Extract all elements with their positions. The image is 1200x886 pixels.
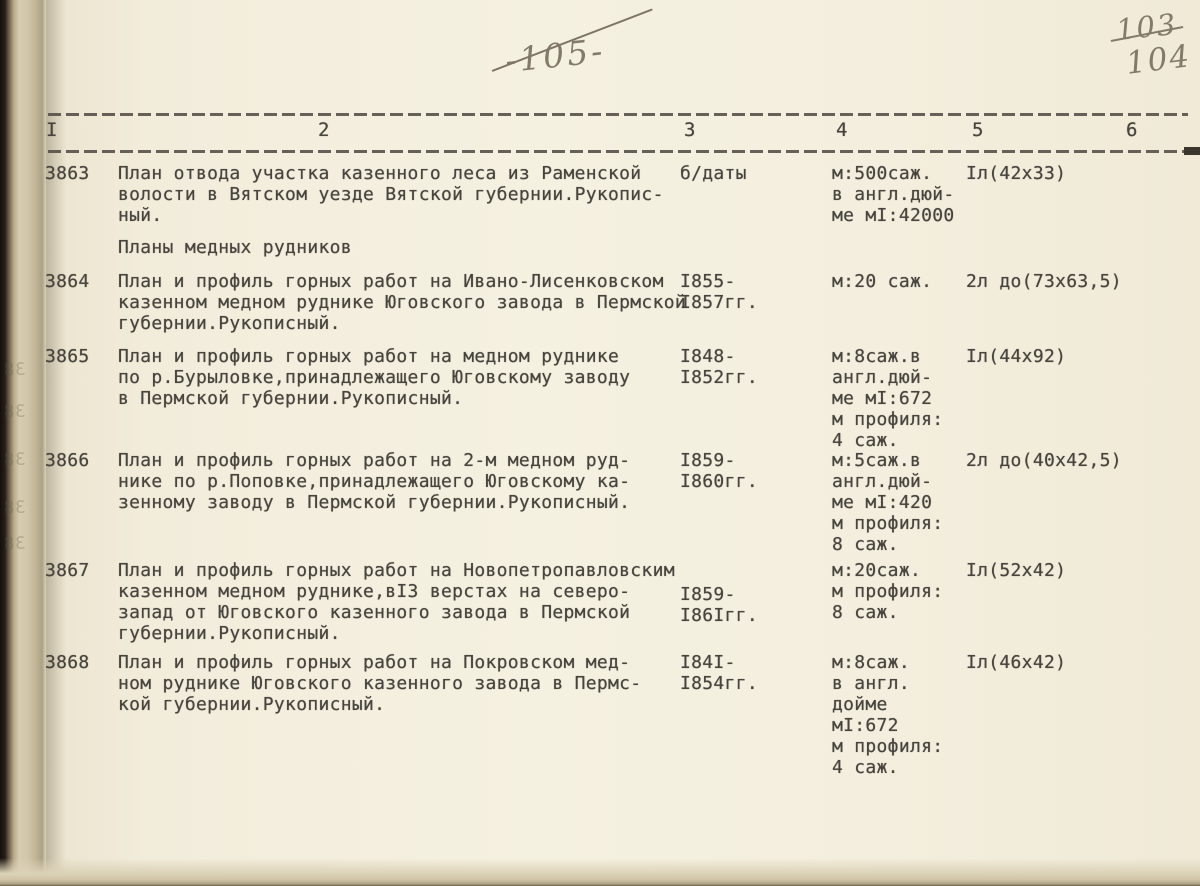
entry-scale: м:8саж.в англ.дюй- ме мI:672 м профиля: … [832, 346, 960, 451]
entry-number: 3863 [45, 163, 90, 184]
entry-format: Iл(46х42) [966, 652, 1176, 673]
column-header-5: 5 [972, 120, 984, 141]
bleed-through-number: 38 [3, 450, 26, 471]
entry-description: План и профиль горных работ на 2-м медно… [118, 450, 723, 513]
entry-format: Iл(44х92) [966, 346, 1176, 367]
entry-format: Iл(42х33) [966, 163, 1176, 184]
entry-dates: I848- I852гг. [680, 346, 815, 388]
handwritten-page-number-crossed: -105- [503, 31, 607, 80]
column-header-4: 4 [836, 120, 848, 141]
entry-scale: м:5саж.в англ.дюй- ме мI:420 м профиля: … [832, 450, 960, 555]
column-header-1: I [46, 120, 58, 141]
entry-dates: I859- I86Iгг. [680, 584, 815, 626]
bleed-through-number: 38 [3, 402, 26, 423]
entry-description: План и профиль горных работ на Покровско… [118, 652, 723, 715]
entry-scale: м:20саж. м профиля: 8 саж. [832, 560, 960, 623]
entry-format: Iл(52х42) [966, 560, 1176, 581]
column-header-3: 3 [684, 120, 696, 141]
page-bottom-edge [0, 858, 1200, 886]
entry-number: 3866 [45, 450, 90, 471]
book-binding-edge [0, 0, 46, 886]
header-rule-edge-mark [1184, 147, 1200, 155]
entry-format: 2л до(73х63,5) [966, 271, 1176, 292]
entry-number: 3867 [45, 560, 90, 581]
entry-number: 3864 [45, 271, 90, 292]
entry-description: План и профиль горных работ на Ивано-Лис… [118, 271, 723, 334]
header-rule-bottom [48, 150, 1200, 153]
entry-dates: I84I- I854гг. [680, 652, 815, 694]
scanned-page: 38 38 38 38 38 -105- 103 104 I 2 3 4 5 6… [0, 0, 1200, 886]
entry-dates: I855- I857гг. [680, 271, 815, 313]
handwritten-corner-number: 104 [1124, 38, 1193, 82]
entry-description: План отвода участка казенного леса из Ра… [118, 163, 723, 226]
entry-description: План и профиль горных работ на Новопетро… [118, 560, 723, 644]
section-heading: Планы медных рудников [118, 237, 352, 258]
entry-dates: I859- I860гг. [680, 450, 815, 492]
column-header-2: 2 [318, 120, 330, 141]
entry-number: 3865 [45, 346, 90, 367]
entry-scale: м:20 саж. [832, 271, 960, 292]
bleed-through-number: 38 [3, 498, 26, 519]
bleed-through-number: 38 [3, 534, 26, 555]
entry-scale: м:500саж. в англ.дюй- ме мI:42000 [832, 163, 960, 226]
entry-description: План и профиль горных работ на медном ру… [118, 346, 723, 409]
entry-scale: м:8саж. в англ. дойме мI:672 м профиля: … [832, 652, 960, 778]
header-rule-top [48, 113, 1188, 116]
entry-format: 2л до(40х42,5) [966, 450, 1176, 471]
entry-dates: б/даты [680, 163, 815, 184]
column-header-6: 6 [1126, 120, 1138, 141]
entry-number: 3868 [45, 652, 90, 673]
bleed-through-number: 38 [3, 360, 26, 381]
